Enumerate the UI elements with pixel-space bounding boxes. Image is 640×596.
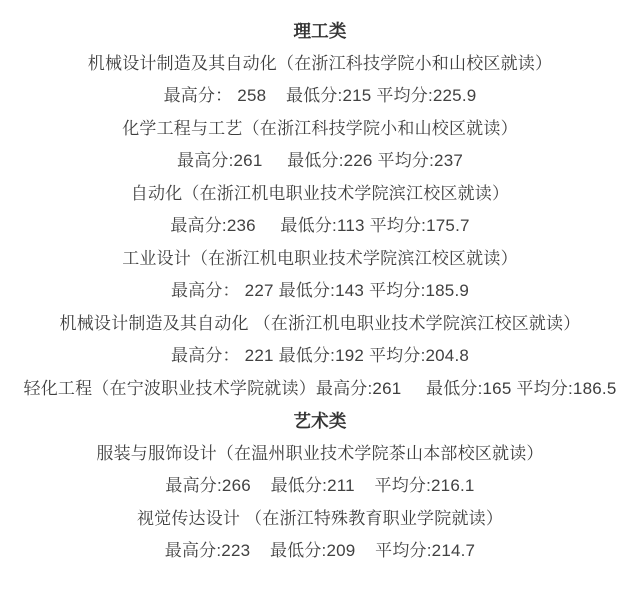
score-line: 最高分:223 最低分:209 平均分:214.7 xyxy=(0,535,640,568)
category-header: 艺术类 xyxy=(0,405,640,438)
admission-score-report: 理工类机械设计制造及其自动化（在浙江科技学院小和山校区就读）最高分： 258 最… xyxy=(0,0,640,568)
major-line: 轻化工程（在宁波职业技术学院就读）最高分:261 最低分:165 平均分:186… xyxy=(0,373,640,406)
major-line: 视觉传达设计 （在浙江特殊教育职业学院就读） xyxy=(0,503,640,536)
category-header: 理工类 xyxy=(0,15,640,48)
score-line: 最高分： 227 最低分:143 平均分:185.9 xyxy=(0,275,640,308)
major-line: 自动化（在浙江机电职业技术学院滨江校区就读） xyxy=(0,178,640,211)
score-line: 最高分:266 最低分:211 平均分:216.1 xyxy=(0,470,640,503)
major-line: 机械设计制造及其自动化 （在浙江机电职业技术学院滨江校区就读） xyxy=(0,308,640,341)
score-line: 最高分： 258 最低分:215 平均分:225.9 xyxy=(0,80,640,113)
major-line: 服装与服饰设计（在温州职业技术学院茶山本部校区就读） xyxy=(0,438,640,471)
score-line: 最高分： 221 最低分:192 平均分:204.8 xyxy=(0,340,640,373)
major-line: 机械设计制造及其自动化（在浙江科技学院小和山校区就读） xyxy=(0,48,640,81)
score-line: 最高分:236 最低分:113 平均分:175.7 xyxy=(0,210,640,243)
major-line: 工业设计（在浙江机电职业技术学院滨江校区就读） xyxy=(0,243,640,276)
major-line: 化学工程与工艺（在浙江科技学院小和山校区就读） xyxy=(0,113,640,146)
score-line: 最高分:261 最低分:226 平均分:237 xyxy=(0,145,640,178)
